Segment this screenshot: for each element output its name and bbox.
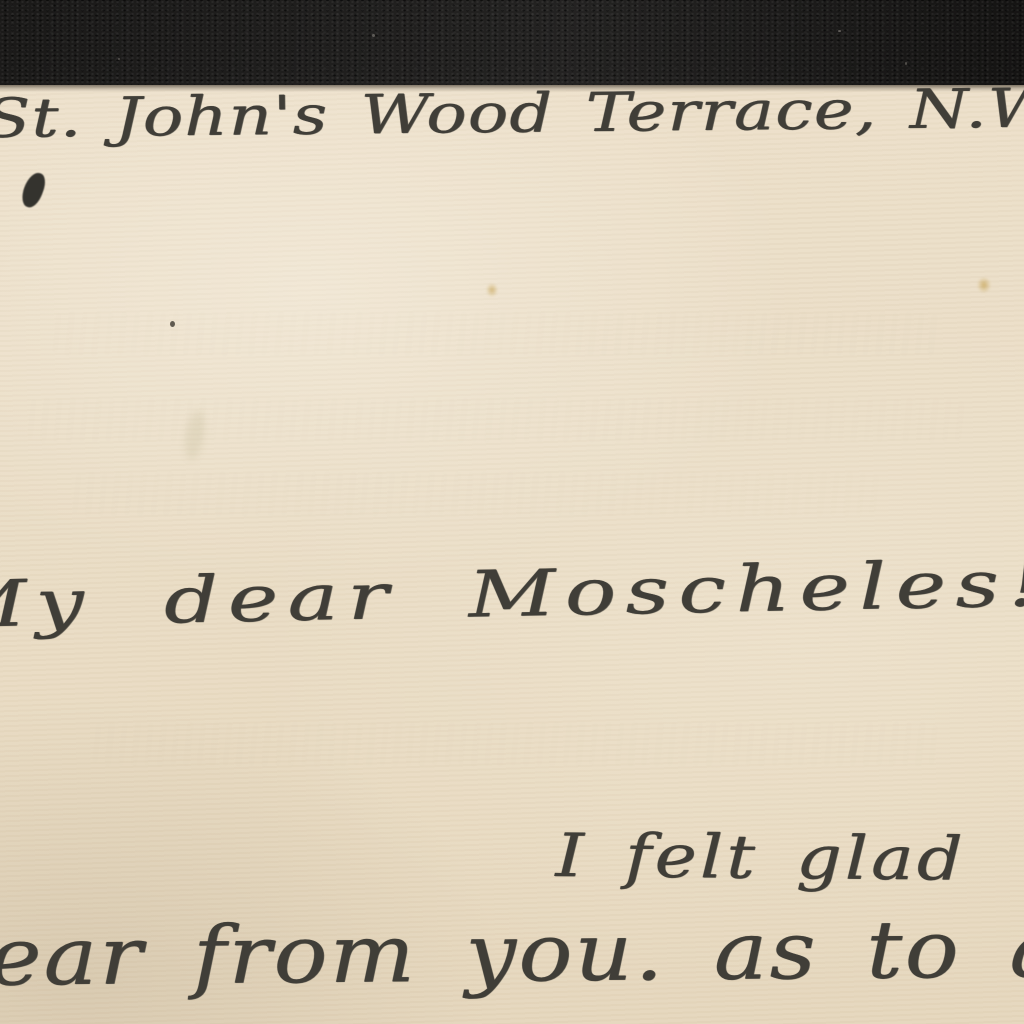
cloth-speck bbox=[118, 58, 120, 60]
bleed-through-smudge bbox=[85, 722, 945, 766]
body-line-2: hear from you. as to any bbox=[0, 908, 1024, 998]
paper-stain bbox=[977, 277, 991, 293]
ink-speck bbox=[170, 321, 175, 327]
bleed-through-smudge bbox=[20, 398, 970, 442]
cloth-speck bbox=[838, 30, 841, 32]
cloth-background bbox=[0, 0, 1024, 85]
cloth-speck bbox=[372, 34, 375, 37]
bleed-through-smudge bbox=[65, 472, 885, 516]
cloth-speck bbox=[905, 62, 907, 65]
bleed-through-smudge bbox=[45, 312, 945, 356]
address-line: St. John's Wood Terrace, N.W. bbox=[0, 81, 1024, 146]
letter-photograph: St. John's Wood Terrace, N.W. My dear Mo… bbox=[0, 0, 1024, 1024]
body-line-1: I felt glad bbox=[555, 826, 966, 890]
paper-stain bbox=[486, 283, 498, 297]
